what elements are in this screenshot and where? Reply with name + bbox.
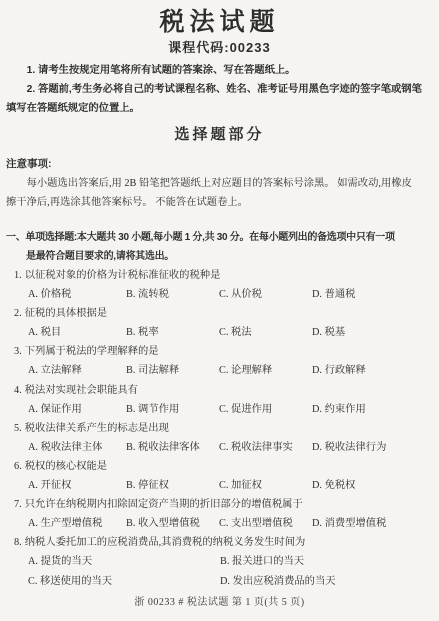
page-footer: 浙 00233 # 税法试题 第 1 页(共 5 页)	[6, 593, 433, 612]
question-stem: 3.下列属于税法的学理解释的是	[6, 342, 433, 361]
question-options: A. 提货的当天 B. 报关进口的当天 C. 移送使用的当天 D. 发出应税消费…	[6, 552, 433, 590]
option-c: C. 税法	[219, 323, 312, 342]
question-1: 1.以征税对象的价格为计税标准征收的税种是 A. 价格税 B. 流转税 C. 从…	[6, 266, 433, 304]
question-number: 2.	[14, 308, 22, 319]
question-2: 2.征税的具体根据是 A. 税目 B. 税率 C. 税法 D. 税基	[6, 304, 433, 342]
question-options: A. 税收法律主体 B. 税收法律客体 C. 税收法律事实 D. 税收法律行为	[6, 438, 433, 457]
question-text: 税收法律关系产生的标志是出现	[25, 423, 169, 434]
question-options: A. 开征权 B. 停征权 C. 加征权 D. 免税权	[6, 476, 433, 495]
option-a: A. 开征权	[28, 476, 126, 495]
question-text: 下列属于税法的学理解释的是	[25, 346, 159, 357]
notice-body-line-2: 擦干净后,再选涂其他答案标号。 不能答在试题卷上。	[6, 193, 433, 212]
option-b: B. 司法解释	[126, 361, 219, 380]
question-stem: 7.只允许在纳税期内扣除固定资产当期的折旧部分的增值税属于	[6, 495, 433, 514]
notice-heading: 注意事项:	[6, 155, 433, 174]
option-b: B. 报关进口的当天	[220, 552, 433, 571]
part-heading-line-2: 是最符合题目要求的,请将其选出。	[6, 248, 433, 267]
option-b: B. 税收法律客体	[126, 438, 219, 457]
question-stem: 2.征税的具体根据是	[6, 304, 433, 323]
option-a: A. 税收法律主体	[28, 438, 126, 457]
option-d: D. 消费型增值税	[312, 514, 433, 533]
option-b: B. 调节作用	[126, 400, 219, 419]
question-options: A. 税目 B. 税率 C. 税法 D. 税基	[6, 323, 433, 342]
question-text: 税法对实现社会职能具有	[25, 385, 138, 396]
question-number: 6.	[14, 461, 22, 472]
notice-block: 注意事项: 每小题选出答案后,用 2B 铅笔把答题纸上对应题目的答案标号涂黑。 …	[6, 155, 433, 212]
question-options: A. 价格税 B. 流转税 C. 从价税 D. 普通税	[6, 285, 433, 304]
question-text: 征税的具体根据是	[25, 308, 107, 319]
option-c: C. 移送使用的当天	[28, 572, 220, 591]
option-b: B. 税率	[126, 323, 219, 342]
question-stem: 1.以征税对象的价格为计税标准征收的税种是	[6, 266, 433, 285]
question-list: 1.以征税对象的价格为计税标准征收的税种是 A. 价格税 B. 流转税 C. 从…	[6, 266, 433, 591]
option-c: C. 支出型增值税	[219, 514, 312, 533]
question-5: 5.税收法律关系产生的标志是出现 A. 税收法律主体 B. 税收法律客体 C. …	[6, 419, 433, 457]
question-6: 6.税权的核心权能是 A. 开征权 B. 停征权 C. 加征权 D. 免税权	[6, 457, 433, 495]
option-d: D. 行政解释	[312, 361, 433, 380]
question-options: A. 立法解释 B. 司法解释 C. 论理解释 D. 行政解释	[6, 361, 433, 380]
option-d: D. 免税权	[312, 476, 433, 495]
option-d: D. 普通税	[312, 285, 433, 304]
question-text: 只允许在纳税期内扣除固定资产当期的折旧部分的增值税属于	[25, 499, 303, 510]
question-8: 8.纳税人委托加工的应税消费品,其消费税的纳税义务发生时间为 A. 提货的当天 …	[6, 533, 433, 590]
option-c: C. 税收法律事实	[219, 438, 312, 457]
general-instructions: 1. 请考生按规定用笔将所有试题的答案涂、写在答题纸上。 2. 答题前,考生务必…	[6, 61, 433, 118]
option-a: A. 生产型增值税	[28, 514, 126, 533]
question-number: 1.	[14, 270, 22, 281]
option-d: D. 发出应税消费品的当天	[220, 572, 433, 591]
question-stem: 4.税法对实现社会职能具有	[6, 381, 433, 400]
part-one-heading: 一、单项选择题:本大题共 30 小题,每小题 1 分,共 30 分。在每小题列出…	[6, 229, 433, 266]
course-code: 课程代码:00233	[6, 40, 433, 55]
question-7: 7.只允许在纳税期内扣除固定资产当期的折旧部分的增值税属于 A. 生产型增值税 …	[6, 495, 433, 533]
question-stem: 6.税权的核心权能是	[6, 457, 433, 476]
question-number: 8.	[14, 537, 22, 548]
option-c: C. 促进作用	[219, 400, 312, 419]
option-d: D. 税收法律行为	[312, 438, 433, 457]
question-stem: 8.纳税人委托加工的应税消费品,其消费税的纳税义务发生时间为	[6, 533, 433, 552]
option-c: C. 论理解释	[219, 361, 312, 380]
option-d: D. 约束作用	[312, 400, 433, 419]
option-a: A. 提货的当天	[28, 552, 220, 571]
question-4: 4.税法对实现社会职能具有 A. 保证作用 B. 调节作用 C. 促进作用 D.…	[6, 381, 433, 419]
option-a: A. 立法解释	[28, 361, 126, 380]
question-options: A. 生产型增值税 B. 收入型增值税 C. 支出型增值税 D. 消费型增值税	[6, 514, 433, 533]
exam-paper-page: 税法试题 课程代码:00233 1. 请考生按规定用笔将所有试题的答案涂、写在答…	[0, 0, 439, 621]
section-title: 选择题部分	[6, 124, 433, 145]
question-3: 3.下列属于税法的学理解释的是 A. 立法解释 B. 司法解释 C. 论理解释 …	[6, 342, 433, 380]
option-c: C. 从价税	[219, 285, 312, 304]
option-a: A. 保证作用	[28, 400, 126, 419]
option-b: B. 停征权	[126, 476, 219, 495]
option-b: B. 流转税	[126, 285, 219, 304]
instruction-item-2-line-1: 2. 答题前,考生务必将自己的考试课程名称、姓名、准考证号用黑色字迹的签字笔或钢…	[6, 80, 433, 99]
instruction-item-1: 1. 请考生按规定用笔将所有试题的答案涂、写在答题纸上。	[6, 61, 433, 80]
question-number: 4.	[14, 385, 22, 396]
instruction-item-2-line-2: 填写在答题纸规定的位置上。	[6, 99, 433, 118]
option-c: C. 加征权	[219, 476, 312, 495]
option-d: D. 税基	[312, 323, 433, 342]
question-options: A. 保证作用 B. 调节作用 C. 促进作用 D. 约束作用	[6, 400, 433, 419]
question-number: 7.	[14, 499, 22, 510]
page-title: 税法试题	[6, 8, 433, 37]
question-text: 纳税人委托加工的应税消费品,其消费税的纳税义务发生时间为	[25, 537, 306, 548]
question-number: 5.	[14, 423, 22, 434]
question-stem: 5.税收法律关系产生的标志是出现	[6, 419, 433, 438]
question-number: 3.	[14, 346, 22, 357]
question-text: 以征税对象的价格为计税标准征收的税种是	[25, 270, 221, 281]
option-a: A. 税目	[28, 323, 126, 342]
part-heading-line-1: 一、单项选择题:本大题共 30 小题,每小题 1 分,共 30 分。在每小题列出…	[6, 229, 433, 248]
option-b: B. 收入型增值税	[126, 514, 219, 533]
question-text: 税权的核心权能是	[25, 461, 107, 472]
notice-body-line-1: 每小题选出答案后,用 2B 铅笔把答题纸上对应题目的答案标号涂黑。 如需改动,用…	[6, 174, 433, 193]
option-a: A. 价格税	[28, 285, 126, 304]
